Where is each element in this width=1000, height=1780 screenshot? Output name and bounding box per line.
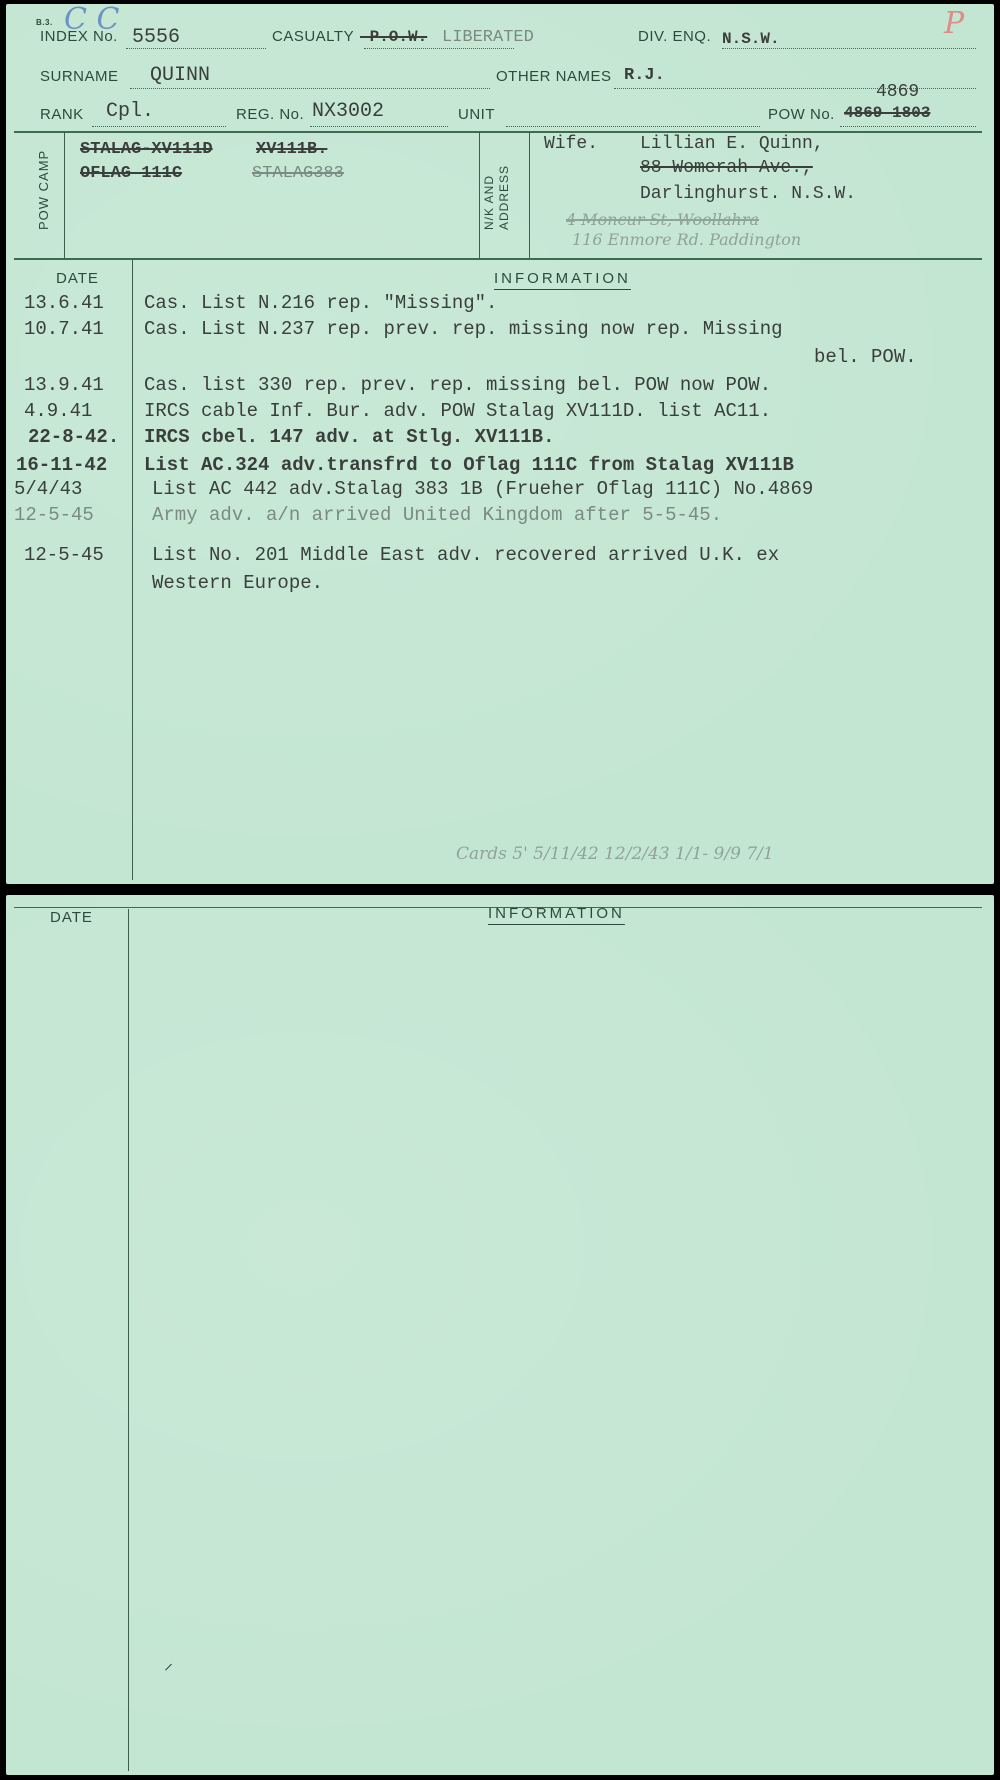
other-names-value: R.J. [624, 66, 665, 85]
index-label: INDEX No. [40, 28, 118, 45]
unit-label: UNIT [458, 106, 495, 123]
pow-camp-struck-1b: XV111B. [256, 140, 327, 159]
log-entry-date: 12-5-45 [14, 504, 94, 526]
pow-camp-struck-2: OFLAG 111C [80, 164, 182, 183]
log-entry-date: 4.9.41 [24, 400, 92, 422]
log-entry-date: 10.7.41 [24, 318, 104, 340]
pow-no-value: 4869 [876, 82, 919, 102]
pow-camp-label: POW CAMP [36, 150, 51, 230]
reg-no-value: NX3002 [312, 100, 384, 123]
nk-handwritten: 116 Enmore Rd. Paddington [572, 230, 801, 249]
log-entry-date: 16-11-42 [16, 454, 107, 476]
log-entry-date: 13.9.41 [24, 374, 104, 396]
date-header: DATE [56, 270, 99, 287]
nk-name: Lillian E. Quinn, [640, 134, 824, 154]
pow-camp-struck-1: STALAG-XV111D [80, 140, 213, 159]
back-date-header: DATE [50, 909, 93, 926]
red-handwritten-mark: P [944, 6, 964, 41]
div-enq-label: DIV. ENQ. [638, 28, 711, 45]
log-entry-text: List AC 442 adv.Stalag 383 1B (Frueher O… [152, 478, 813, 500]
log-entry-text: Cas. list 330 rep. prev. rep. missing be… [144, 374, 771, 396]
log-entry-text: Cas. List N.237 rep. prev. rep. missing … [144, 318, 783, 340]
reg-no-label: REG. No. [236, 106, 304, 123]
rank-label: RANK [40, 106, 84, 123]
nk-relation: Wife. [544, 134, 598, 154]
casualty-value: LIBERATED [442, 28, 534, 47]
pow-no-struck-value: 4869-1803 [844, 104, 930, 122]
surname-label: SURNAME [40, 68, 119, 85]
log-entry-date: 13.6.41 [24, 292, 104, 314]
log-entry-text-continued: bel. POW. [814, 346, 917, 368]
log-entry-text: Army adv. a/n arrived United Kingdom aft… [152, 504, 722, 526]
log-entry-text-continued: Western Europe. [152, 572, 323, 594]
nk-street-struck: 88 Womerah Ave., [640, 158, 813, 178]
rank-value: Cpl. [106, 100, 154, 123]
log-entry-text: IRCS cbel. 147 adv. at Stlg. XV111B. [144, 426, 554, 448]
nk-suburb: Darlinghurst. N.S.W. [640, 184, 856, 204]
log-entry-date: 12-5-45 [24, 544, 104, 566]
form-code: B.3. [36, 18, 53, 27]
log-entry-date: 5/4/43 [14, 478, 82, 500]
pow-no-label: POW No. [768, 106, 835, 123]
pencil-card-notes: Cards 5' 5/11/42 12/2/43 1/1- 9/9 7/1 [456, 844, 774, 864]
record-card-front: B.3. C C P INDEX No. 5556 CASUALTY -P.O.… [6, 4, 994, 884]
record-card-back: DATE INFORMATION ⸝ [6, 895, 994, 1775]
casualty-struck-value: -P.O.W. [360, 28, 427, 46]
log-entry-date: 22-8-42. [28, 426, 119, 448]
casualty-label: CASUALTY [272, 28, 354, 45]
nk-label-line1: N/K AND [482, 175, 496, 230]
pow-camp-struck-2b: STALAG383 [252, 164, 344, 183]
index-value: 5556 [132, 26, 180, 49]
nk-label-line2: ADDRESS [497, 165, 511, 230]
log-entry-text: List AC.324 adv.transfrd to Oflag 111C f… [144, 454, 794, 476]
log-entry-text: Cas. List N.216 rep. "Missing". [144, 292, 497, 314]
ink-blot-mark: ⸝ [164, 1651, 173, 1675]
other-names-label: OTHER NAMES [496, 68, 612, 85]
nk-handwritten-struck: 4 Moncur St, Woollahra [566, 210, 759, 229]
log-entry-text: IRCS cable Inf. Bur. adv. POW Stalag XV1… [144, 400, 771, 422]
information-header: INFORMATION [494, 270, 631, 287]
surname-value: QUINN [150, 64, 210, 87]
div-enq-value: N.S.W. [722, 30, 780, 48]
log-entry-text: List No. 201 Middle East adv. recovered … [152, 544, 779, 566]
back-information-header: INFORMATION [488, 905, 625, 922]
